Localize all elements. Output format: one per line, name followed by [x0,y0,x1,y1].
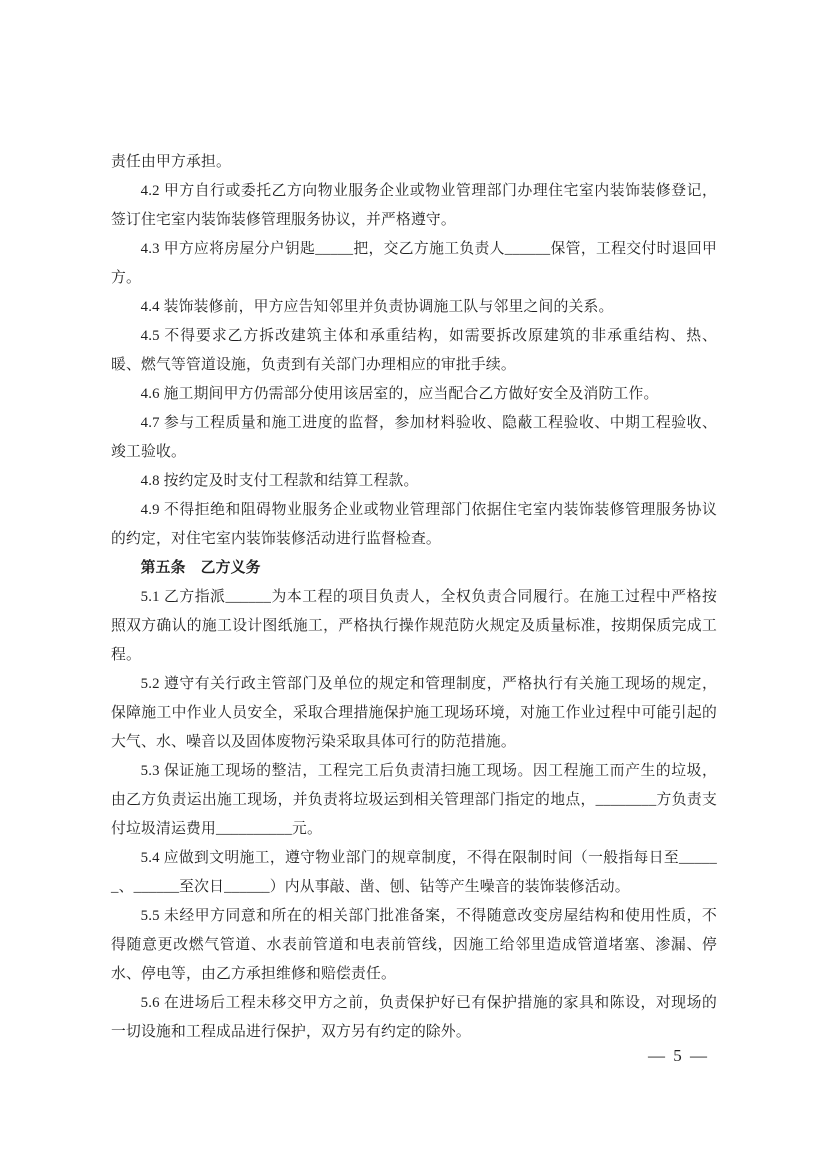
paragraph-clause-5-1: 5.1 乙方指派______为本工程的项目负责人，全权负责合同履行。在施工过程中… [111,583,717,670]
contract-document-page: 责任由甲方承担。 4.2 甲方自行或委托乙方向物业服务企业或物业管理部门办理住宅… [0,0,827,1169]
paragraph-clause-4-6: 4.6 施工期间甲方仍需部分使用该居室的，应当配合乙方做好安全及消防工作。 [111,380,717,409]
contract-body: 责任由甲方承担。 4.2 甲方自行或委托乙方向物业服务企业或物业管理部门办理住宅… [111,148,717,1047]
paragraph-clause-4-3: 4.3 甲方应将房屋分户钥匙_____把，交乙方施工负责人______保管，工程… [111,235,717,293]
paragraph-clause-4-9: 4.9 不得拒绝和阻碍物业服务企业或物业管理部门依据住宅室内装饰装修管理服务协议… [111,496,717,554]
page-number: — 5 — [648,1046,709,1065]
page-footer: — 5 — [111,1046,717,1066]
paragraph-clause-4-4: 4.4 装饰装修前，甲方应告知邻里并负责协调施工队与邻里之间的关系。 [111,293,717,322]
paragraph-clause-4-5: 4.5 不得要求乙方拆改建筑主体和承重结构，如需要拆改原建筑的非承重结构、热、暖… [111,322,717,380]
paragraph-clause-5-3: 5.3 保证施工现场的整洁，工程完工后负责清扫施工现场。因工程施工而产生的垃圾，… [111,757,717,844]
paragraph-clause-5-6: 5.6 在进场后工程未移交甲方之前，负责保护好已有保护措施的家具和陈设，对现场的… [111,989,717,1047]
paragraph-clause-5-5: 5.5 未经甲方同意和所在的相关部门批准备案，不得随意改变房屋结构和使用性质，不… [111,902,717,989]
paragraph-clause-4-2: 4.2 甲方自行或委托乙方向物业服务企业或物业管理部门办理住宅室内装饰装修登记，… [111,177,717,235]
paragraph-clause-4-7: 4.7 参与工程质量和施工进度的监督，参加材料验收、隐蔽工程验收、中期工程验收、… [111,409,717,467]
paragraph-clause-4-8: 4.8 按约定及时支付工程款和结算工程款。 [111,467,717,496]
section-heading-article-5: 第五条 乙方义务 [111,554,717,583]
paragraph-clause-5-4: 5.4 应做到文明施工，遵守物业部门的规章制度，不得在限制时间（一般指每日至__… [111,844,717,902]
paragraph-continuation: 责任由甲方承担。 [111,148,717,177]
paragraph-clause-5-2: 5.2 遵守有关行政主管部门及单位的规定和管理制度，严格执行有关施工现场的规定，… [111,670,717,757]
